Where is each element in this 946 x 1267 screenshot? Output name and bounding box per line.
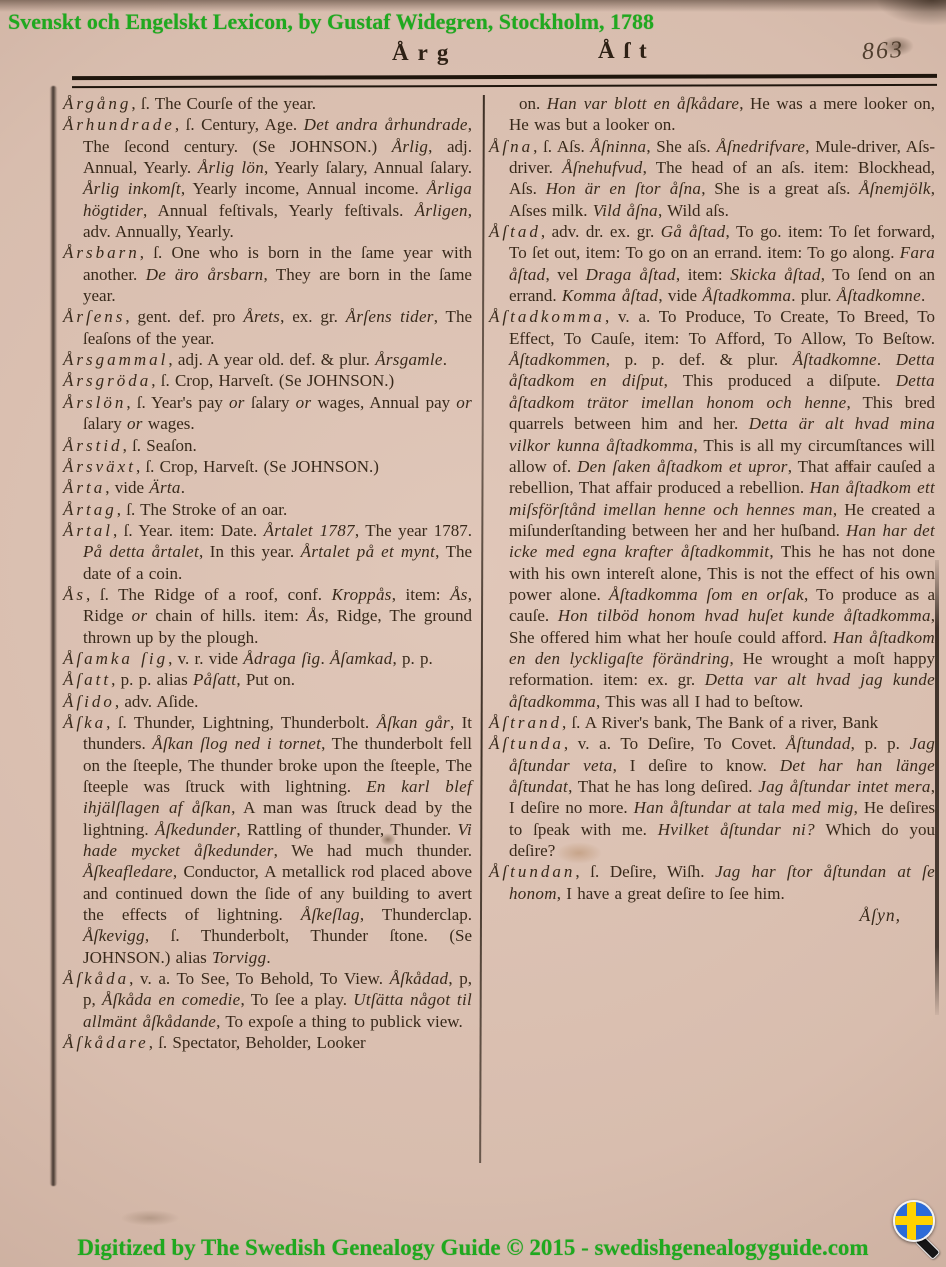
entry-headword: Åſido [63, 692, 115, 711]
dictionary-entry: Åſna, ſ. Aſs. Åſninna, She aſs. Åſnedrif… [489, 136, 935, 221]
dictionary-entry: Åſamka ſig, v. r. vide Ådraga ſig. Åſamk… [63, 648, 472, 669]
dictionary-entry: Åſtunda, v. a. To Deſire, To Covet. Åſtu… [489, 733, 935, 861]
entry-headword: Åſtundan [489, 862, 575, 881]
dictionary-entry: Årsbarn, ſ. One who is born in the ſame … [63, 242, 472, 306]
entry-headword: Åſka [63, 713, 106, 732]
entry-headword: Åſtrand [489, 713, 562, 732]
dictionary-entry: Årtag, ſ. The Stroke of an oar. [63, 499, 472, 520]
dictionary-entry: Åſtad, adv. dr. ex. gr. Gå åſtad, To go.… [489, 221, 935, 306]
dictionary-entry: Åſkåda, v. a. To See, To Behold, To View… [63, 968, 472, 1032]
entry-headword: Århundrade [63, 115, 175, 134]
magnifier-lens-swedish-flag [893, 1200, 935, 1242]
digitization-title-caption: Svenskt och Engelskt Lexicon, by Gustaf … [8, 9, 654, 35]
dictionary-entry: on. Han var blott en åſkådare, He was a … [489, 93, 935, 136]
entry-headword: Årstid [63, 436, 123, 455]
entry-headword: Årgång [63, 94, 131, 113]
column-divider [479, 95, 485, 1163]
binding-shadow-left [50, 86, 57, 1186]
dictionary-entry: Årta, vide Ärta. [63, 477, 472, 498]
dictionary-entry: Åſka, ſ. Thunder, Lightning, Thunderbolt… [63, 712, 472, 968]
entry-headword: Åſtad [489, 222, 541, 241]
digitization-footer-caption: Digitized by The Swedish Genealogy Guide… [0, 1235, 946, 1261]
entry-headword: Åſkådare [63, 1033, 149, 1052]
dictionary-entry: Årgång, ſ. The Courſe of the year. [63, 93, 472, 114]
catchword: Åſyn, [489, 905, 935, 926]
dictionary-entry: Åſkådare, ſ. Spectator, Beholder, Looker [63, 1032, 472, 1053]
entry-headword: Årslön [63, 393, 126, 412]
dictionary-entry: Åſatt, p. p. alias Påſatt, Put on. [63, 669, 472, 690]
dictionary-entry: Årslön, ſ. Year's pay or ſalary or wages… [63, 392, 472, 435]
entry-headword: Årsbarn [63, 243, 140, 262]
entry-headword: Åſtadkomma [489, 307, 605, 326]
corner-smudge [876, 0, 946, 26]
entry-headword: Årsgammal [63, 350, 168, 369]
swedish-flag-magnifier-icon [885, 1200, 941, 1262]
dictionary-entry: Årsväxt, ſ. Crop, Harveſt. (Se JOHNSON.) [63, 456, 472, 477]
entry-headword: Årtal [63, 521, 113, 540]
entry-headword: Åſna [489, 137, 533, 156]
dictionary-entry: Åſtrand, ſ. A River's bank, The Bank of … [489, 712, 935, 733]
entry-headword: Åſkåda [63, 969, 129, 988]
entry-headword: Åſtunda [489, 734, 564, 753]
entry-headword: Årsgröda [63, 371, 151, 390]
dictionary-entry: Åſtundan, ſ. Deſire, Wiſh. Jag har ſtor … [489, 861, 935, 904]
dictionary-entry: Århundrade, ſ. Century, Age. Det andra å… [63, 114, 472, 242]
entry-headword: Årsväxt [63, 457, 136, 476]
running-head-right: Åſt [598, 38, 656, 64]
entry-headword: Ås [63, 585, 86, 604]
column-right: on. Han var blott en åſkådare, He was a … [489, 93, 935, 1163]
running-head-left: Årg [392, 40, 457, 66]
entry-headword: Årtag [63, 500, 117, 519]
dictionary-entry: Årsgröda, ſ. Crop, Harveſt. (Se JOHNSON.… [63, 370, 472, 391]
page-number: 863 [861, 37, 904, 66]
entry-headword: Årſens [63, 307, 125, 326]
entry-headword: Åſamka ſig [63, 649, 168, 668]
entry-headword: Åſatt [63, 670, 111, 689]
running-head: Årg Åſt 863 [0, 38, 946, 68]
header-rule [72, 74, 937, 88]
paper-stain [120, 1210, 180, 1226]
dictionary-entry: Årtal, ſ. Year. item: Date. Årtalet 1787… [63, 520, 472, 584]
dictionary-entry: Årstid, ſ. Seaſon. [63, 435, 472, 456]
dictionary-entry: Årsgammal, adj. A year old. def. & plur.… [63, 349, 472, 370]
scanned-dictionary-page: Svenskt och Engelskt Lexicon, by Gustaf … [0, 0, 946, 1267]
dictionary-entry: Årſens, gent. def. pro Årets, ex. gr. År… [63, 306, 472, 349]
entry-headword: Årta [63, 478, 105, 497]
flag-cross-horizontal [895, 1216, 933, 1225]
text-area: Årgång, ſ. The Courſe of the year.Århund… [63, 93, 937, 1163]
column-left: Årgång, ſ. The Courſe of the year.Århund… [63, 93, 472, 1163]
dictionary-entry: Ås, ſ. The Ridge of a roof, conf. Kroppå… [63, 584, 472, 648]
dictionary-entry: Åſtadkomma, v. a. To Produce, To Create,… [489, 306, 935, 712]
dictionary-entry: Åſido, adv. Aſide. [63, 691, 472, 712]
